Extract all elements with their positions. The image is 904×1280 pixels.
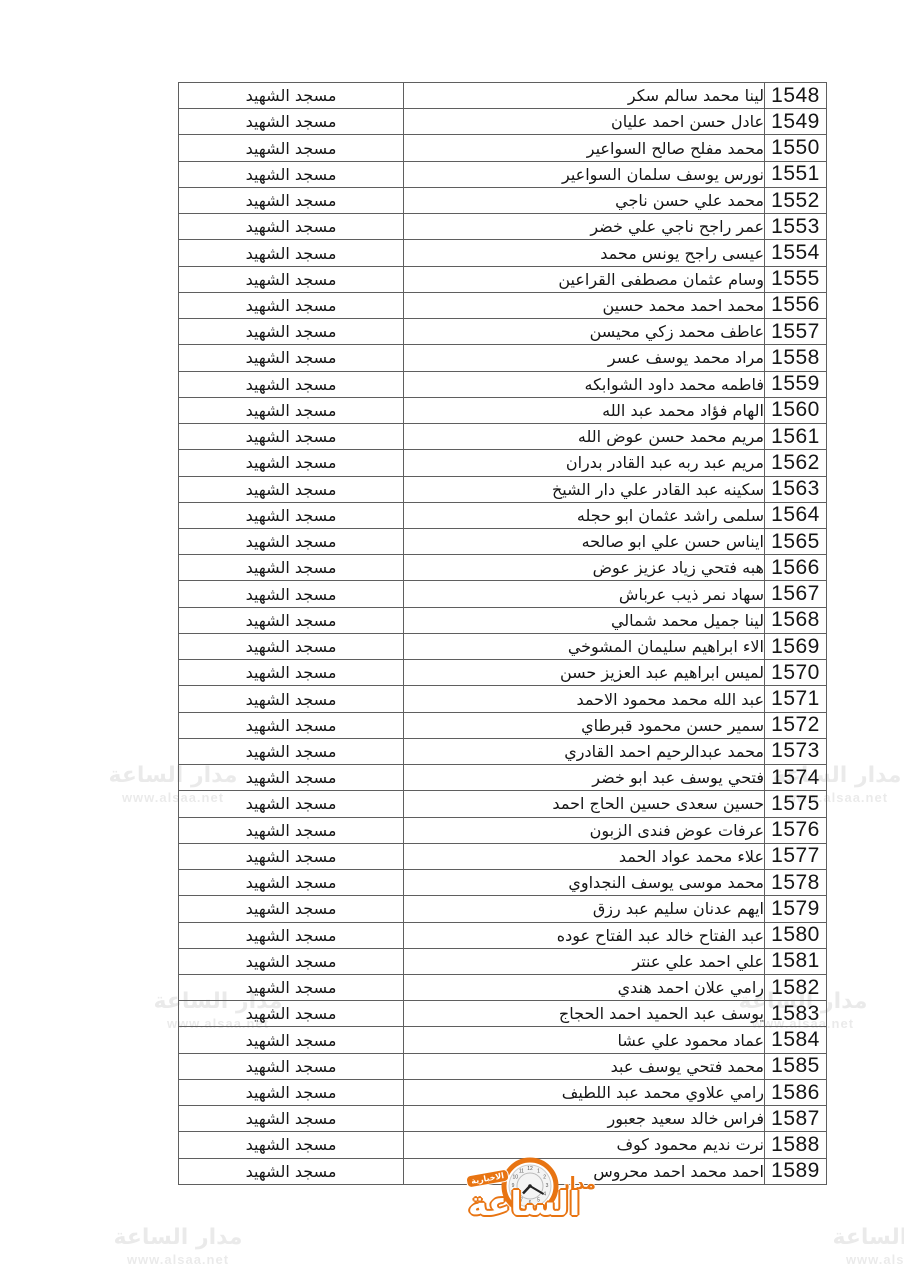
person-name: عبد الفتاح خالد عبد الفتاح عوده <box>404 922 765 948</box>
table-row: 1580 عبد الفتاح خالد عبد الفتاح عوده مسج… <box>179 922 827 948</box>
mosque-name: مسجد الشهيد <box>179 371 404 397</box>
table-row: 1551 نورس يوسف سلمان السواعير مسجد الشهي… <box>179 161 827 187</box>
row-number: 1567 <box>765 581 827 607</box>
mosque-name: مسجد الشهيد <box>179 266 404 292</box>
table-row: 1556 محمد احمد محمد حسين مسجد الشهيد <box>179 292 827 318</box>
table-row: 1559 فاطمه محمد داود الشوابكه مسجد الشهي… <box>179 371 827 397</box>
person-name: محمد فتحي يوسف عبد <box>404 1053 765 1079</box>
mosque-name: مسجد الشهيد <box>179 502 404 528</box>
row-number: 1573 <box>765 738 827 764</box>
person-name: فاطمه محمد داود الشوابكه <box>404 371 765 397</box>
mosque-name: مسجد الشهيد <box>179 660 404 686</box>
row-number: 1557 <box>765 319 827 345</box>
table-row: 1586 رامي علاوي محمد عبد اللطيف مسجد الش… <box>179 1079 827 1105</box>
person-name: ايهم عدنان سليم عبد رزق <box>404 896 765 922</box>
row-number: 1582 <box>765 974 827 1000</box>
person-name: مريم محمد حسن عوض الله <box>404 424 765 450</box>
person-name: عادل حسن احمد عليان <box>404 109 765 135</box>
person-name: عيسى راجح يونس محمد <box>404 240 765 266</box>
row-number: 1572 <box>765 712 827 738</box>
row-number: 1565 <box>765 528 827 554</box>
mosque-name: مسجد الشهيد <box>179 135 404 161</box>
person-name: لميس ابراهيم عبد العزيز حسن <box>404 660 765 686</box>
person-name: محمد علي حسن ناجي <box>404 187 765 213</box>
table-row: 1572 سمير حسن محمود قبرطاي مسجد الشهيد <box>179 712 827 738</box>
mosque-name: مسجد الشهيد <box>179 1106 404 1132</box>
table-row: 1581 علي احمد علي عنتر مسجد الشهيد <box>179 948 827 974</box>
svg-text:6: 6 <box>529 1200 532 1206</box>
table-row: 1552 محمد علي حسن ناجي مسجد الشهيد <box>179 187 827 213</box>
table-row: 1561 مريم محمد حسن عوض الله مسجد الشهيد <box>179 424 827 450</box>
mosque-name: مسجد الشهيد <box>179 450 404 476</box>
mosque-name: مسجد الشهيد <box>179 424 404 450</box>
mosque-name: مسجد الشهيد <box>179 187 404 213</box>
mosque-name: مسجد الشهيد <box>179 738 404 764</box>
person-name: علي احمد علي عنتر <box>404 948 765 974</box>
row-number: 1568 <box>765 607 827 633</box>
person-name: فتحي يوسف عبد ابو خضر <box>404 765 765 791</box>
table-row: 1553 عمر راجح ناجي علي خضر مسجد الشهيد <box>179 214 827 240</box>
table-row: 1574 فتحي يوسف عبد ابو خضر مسجد الشهيد <box>179 765 827 791</box>
person-name: هبه فتحي زياد عزيز عوض <box>404 555 765 581</box>
mosque-name: مسجد الشهيد <box>179 555 404 581</box>
person-name: سلمى راشد عثمان ابو حجله <box>404 502 765 528</box>
person-name: حسين سعدى حسين الحاج احمد <box>404 791 765 817</box>
row-number: 1589 <box>765 1158 827 1184</box>
table-row: 1549 عادل حسن احمد عليان مسجد الشهيد <box>179 109 827 135</box>
row-number: 1562 <box>765 450 827 476</box>
mosque-name: مسجد الشهيد <box>179 345 404 371</box>
person-name: ايناس حسن علي ابو صالحه <box>404 528 765 554</box>
row-number: 1575 <box>765 791 827 817</box>
person-name: مراد محمد يوسف عسر <box>404 345 765 371</box>
row-number: 1579 <box>765 896 827 922</box>
person-name: نرت نديم محمود كوف <box>404 1132 765 1158</box>
row-number: 1559 <box>765 371 827 397</box>
table-body: 1548 لينا محمد سالم سكر مسجد الشهيد 1549… <box>179 83 827 1185</box>
table-row: 1579 ايهم عدنان سليم عبد رزق مسجد الشهيد <box>179 896 827 922</box>
table-row: 1584 عماد محمود علي عشا مسجد الشهيد <box>179 1027 827 1053</box>
person-name: نورس يوسف سلمان السواعير <box>404 161 765 187</box>
row-number: 1570 <box>765 660 827 686</box>
person-name: سمير حسن محمود قبرطاي <box>404 712 765 738</box>
person-name: محمد احمد محمد حسين <box>404 292 765 318</box>
table-row: 1583 يوسف عبد الحميد احمد الحجاج مسجد ال… <box>179 1001 827 1027</box>
mosque-name: مسجد الشهيد <box>179 765 404 791</box>
table-row: 1558 مراد محمد يوسف عسر مسجد الشهيد <box>179 345 827 371</box>
watermark-left-bottom: مدار الساعة www.alsaa.net <box>103 1224 253 1268</box>
person-name: محمد موسى يوسف النجداوي <box>404 870 765 896</box>
scanned-document-page: { "table": { "mosque_label": "مسجد الشهي… <box>0 0 904 1280</box>
person-name: سكينه عبد القادر علي دار الشيخ <box>404 476 765 502</box>
table-row: 1548 لينا محمد سالم سكر مسجد الشهيد <box>179 83 827 109</box>
table-row: 1562 مريم عبد ربه عبد القادر بدران مسجد … <box>179 450 827 476</box>
mosque-name: مسجد الشهيد <box>179 83 404 109</box>
mosque-name: مسجد الشهيد <box>179 791 404 817</box>
table-row: 1582 رامي علان احمد هندي مسجد الشهيد <box>179 974 827 1000</box>
row-number: 1566 <box>765 555 827 581</box>
person-name: لينا محمد سالم سكر <box>404 83 765 109</box>
row-number: 1563 <box>765 476 827 502</box>
mosque-name: مسجد الشهيد <box>179 974 404 1000</box>
table-row: 1576 عرفات عوض فندى الزبون مسجد الشهيد <box>179 817 827 843</box>
table-row: 1589 احمد محمد احمد محروس مسجد الشهيد <box>179 1158 827 1184</box>
row-number: 1552 <box>765 187 827 213</box>
mosque-name: مسجد الشهيد <box>179 528 404 554</box>
row-number: 1588 <box>765 1132 827 1158</box>
person-name: الهام فؤاد محمد عبد الله <box>404 397 765 423</box>
mosque-name: مسجد الشهيد <box>179 476 404 502</box>
person-name: لينا جميل محمد شمالي <box>404 607 765 633</box>
row-number: 1564 <box>765 502 827 528</box>
mosque-name: مسجد الشهيد <box>179 633 404 659</box>
mosque-name: مسجد الشهيد <box>179 817 404 843</box>
table-row: 1585 محمد فتحي يوسف عبد مسجد الشهيد <box>179 1053 827 1079</box>
table-row: 1564 سلمى راشد عثمان ابو حجله مسجد الشهي… <box>179 502 827 528</box>
table-row: 1554 عيسى راجح يونس محمد مسجد الشهيد <box>179 240 827 266</box>
mosque-name: مسجد الشهيد <box>179 1053 404 1079</box>
table-row: 1573 محمد عبدالرحيم احمد القادري مسجد ال… <box>179 738 827 764</box>
table-row: 1550 محمد مفلح صالح السواعير مسجد الشهيد <box>179 135 827 161</box>
row-number: 1551 <box>765 161 827 187</box>
row-number: 1578 <box>765 870 827 896</box>
table-row: 1565 ايناس حسن علي ابو صالحه مسجد الشهيد <box>179 528 827 554</box>
row-number: 1556 <box>765 292 827 318</box>
mosque-name: مسجد الشهيد <box>179 843 404 869</box>
row-number: 1550 <box>765 135 827 161</box>
watermark-url-text: www.alsaa.net <box>822 1252 904 1268</box>
row-number: 1560 <box>765 397 827 423</box>
table-row: 1575 حسين سعدى حسين الحاج احمد مسجد الشه… <box>179 791 827 817</box>
table-row: 1566 هبه فتحي زياد عزيز عوض مسجد الشهيد <box>179 555 827 581</box>
row-number: 1583 <box>765 1001 827 1027</box>
row-number: 1554 <box>765 240 827 266</box>
svg-text:5: 5 <box>537 1198 540 1204</box>
mosque-name: مسجد الشهيد <box>179 214 404 240</box>
logo-word-alsaa: الساعة <box>468 1184 580 1223</box>
mosque-name: مسجد الشهيد <box>179 607 404 633</box>
table-row: 1587 فراس خالد سعيد جعبور مسجد الشهيد <box>179 1106 827 1132</box>
mosque-name: مسجد الشهيد <box>179 686 404 712</box>
row-number: 1549 <box>765 109 827 135</box>
mosque-name: مسجد الشهيد <box>179 292 404 318</box>
mosque-name: مسجد الشهيد <box>179 240 404 266</box>
person-name: عاطف محمد زكي محيسن <box>404 319 765 345</box>
person-name: فراس خالد سعيد جعبور <box>404 1106 765 1132</box>
table-row: 1563 سكينه عبد القادر علي دار الشيخ مسجد… <box>179 476 827 502</box>
mosque-name: مسجد الشهيد <box>179 712 404 738</box>
names-table: 1548 لينا محمد سالم سكر مسجد الشهيد 1549… <box>178 82 827 1185</box>
person-name: الاء ابراهيم سليمان المشوخي <box>404 633 765 659</box>
row-number: 1584 <box>765 1027 827 1053</box>
row-number: 1555 <box>765 266 827 292</box>
person-name: عماد محمود علي عشا <box>404 1027 765 1053</box>
person-name: احمد محمد احمد محروس <box>404 1158 765 1184</box>
table-row: 1570 لميس ابراهيم عبد العزيز حسن مسجد ال… <box>179 660 827 686</box>
row-number: 1586 <box>765 1079 827 1105</box>
svg-text:8: 8 <box>514 1192 517 1198</box>
person-name: عبد الله محمد محمود الاحمد <box>404 686 765 712</box>
mosque-name: مسجد الشهيد <box>179 1001 404 1027</box>
row-number: 1585 <box>765 1053 827 1079</box>
table-row: 1571 عبد الله محمد محمود الاحمد مسجد الش… <box>179 686 827 712</box>
mosque-name: مسجد الشهيد <box>179 922 404 948</box>
person-name: عرفات عوض فندى الزبون <box>404 817 765 843</box>
mosque-name: مسجد الشهيد <box>179 581 404 607</box>
row-number: 1569 <box>765 633 827 659</box>
mosque-name: مسجد الشهيد <box>179 319 404 345</box>
watermark-right-bottom: مدار الساعة www.alsaa.net <box>822 1224 904 1268</box>
row-number: 1587 <box>765 1106 827 1132</box>
mosque-name: مسجد الشهيد <box>179 1158 404 1184</box>
row-number: 1577 <box>765 843 827 869</box>
watermark-brand-text: مدار الساعة <box>822 1224 904 1252</box>
person-name: يوسف عبد الحميد احمد الحجاج <box>404 1001 765 1027</box>
table-row: 1588 نرت نديم محمود كوف مسجد الشهيد <box>179 1132 827 1158</box>
row-number: 1581 <box>765 948 827 974</box>
watermark-brand-text: مدار الساعة <box>103 1224 253 1252</box>
row-number: 1576 <box>765 817 827 843</box>
table-row: 1568 لينا جميل محمد شمالي مسجد الشهيد <box>179 607 827 633</box>
svg-text:4: 4 <box>543 1192 546 1198</box>
person-name: سهاد نمر ذيب عرباش <box>404 581 765 607</box>
table-row: 1567 سهاد نمر ذيب عرباش مسجد الشهيد <box>179 581 827 607</box>
row-number: 1548 <box>765 83 827 109</box>
person-name: وسام عثمان مصطفى القراعين <box>404 266 765 292</box>
mosque-name: مسجد الشهيد <box>179 161 404 187</box>
person-name: رامي علاوي محمد عبد اللطيف <box>404 1079 765 1105</box>
row-number: 1574 <box>765 765 827 791</box>
mosque-name: مسجد الشهيد <box>179 870 404 896</box>
row-number: 1553 <box>765 214 827 240</box>
mosque-name: مسجد الشهيد <box>179 948 404 974</box>
row-number: 1561 <box>765 424 827 450</box>
person-name: مريم عبد ربه عبد القادر بدران <box>404 450 765 476</box>
mosque-name: مسجد الشهيد <box>179 896 404 922</box>
row-number: 1580 <box>765 922 827 948</box>
person-name: محمد مفلح صالح السواعير <box>404 135 765 161</box>
mosque-name: مسجد الشهيد <box>179 1132 404 1158</box>
table-row: 1577 علاء محمد عواد الحمد مسجد الشهيد <box>179 843 827 869</box>
row-number: 1558 <box>765 345 827 371</box>
person-name: عمر راجح ناجي علي خضر <box>404 214 765 240</box>
mosque-name: مسجد الشهيد <box>179 109 404 135</box>
person-name: علاء محمد عواد الحمد <box>404 843 765 869</box>
person-name: محمد عبدالرحيم احمد القادري <box>404 738 765 764</box>
row-number: 1571 <box>765 686 827 712</box>
table-row: 1557 عاطف محمد زكي محيسن مسجد الشهيد <box>179 319 827 345</box>
watermark-url-text: www.alsaa.net <box>103 1252 253 1268</box>
mosque-name: مسجد الشهيد <box>179 1027 404 1053</box>
mosque-name: مسجد الشهيد <box>179 1079 404 1105</box>
table-row: 1560 الهام فؤاد محمد عبد الله مسجد الشهي… <box>179 397 827 423</box>
mosque-name: مسجد الشهيد <box>179 397 404 423</box>
table-row: 1578 محمد موسى يوسف النجداوي مسجد الشهيد <box>179 870 827 896</box>
person-name: رامي علان احمد هندي <box>404 974 765 1000</box>
table-row: 1569 الاء ابراهيم سليمان المشوخي مسجد ال… <box>179 633 827 659</box>
table-row: 1555 وسام عثمان مصطفى القراعين مسجد الشه… <box>179 266 827 292</box>
svg-text:7: 7 <box>520 1198 523 1204</box>
